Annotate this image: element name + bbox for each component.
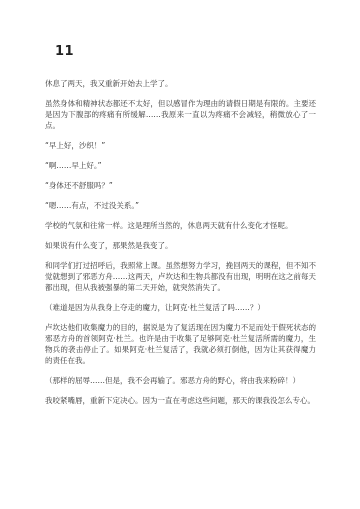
paragraph: 如果说有什么变了，那果然是我变了。	[45, 240, 316, 251]
reader-page: 11 休息了两天，我又重新开始去上学了。虽然身体和精神状态都还不太好，但以感冒作…	[0, 0, 360, 509]
paragraph: 虽然身体和精神状态都还不太好，但以感冒作为理由的请假日期是有限的。主要还是因为下…	[45, 98, 316, 131]
paragraph: 休息了两天，我又重新开始去上学了。	[45, 78, 316, 89]
paragraph: “早上好，沙织！”	[45, 140, 316, 151]
paragraph: “嗯……有点，不过没关系。”	[45, 200, 316, 211]
paragraph: 和同学们打过招呼后，我照常上课。虽然想努力学习，挽回两天的课程，但不知不觉就想到…	[45, 260, 316, 293]
chapter-number-heading: 11	[55, 44, 74, 59]
paragraph: （那样的屈辱……但是，我不会再输了。邪恶方舟的野心，将由我来粉碎！）	[45, 375, 316, 386]
paragraph: “身体还不舒服吗？”	[45, 180, 316, 191]
paragraph: “啊……早上好。”	[45, 160, 316, 171]
paragraph: 我咬紧嘴唇，重新下定决心。因为一直在考虑这些问题，那天的课我没怎么专心。	[45, 395, 316, 406]
paragraph: （难道是因为从我身上夺走的魔力，让阿克·杜兰复活了吗……？）	[45, 302, 316, 313]
paragraph: 学校的气氛和往常一样。这是理所当然的，休息两天就有什么变化才怪呢。	[45, 220, 316, 231]
chapter-body-text: 休息了两天，我又重新开始去上学了。虽然身体和精神状态都还不太好，但以感冒作为理由…	[45, 78, 316, 415]
paragraph: 卢坎达他们收集魔力的目的，据说是为了复活现在因为魔力不足而处于假死状态的邪恶方舟…	[45, 322, 316, 366]
